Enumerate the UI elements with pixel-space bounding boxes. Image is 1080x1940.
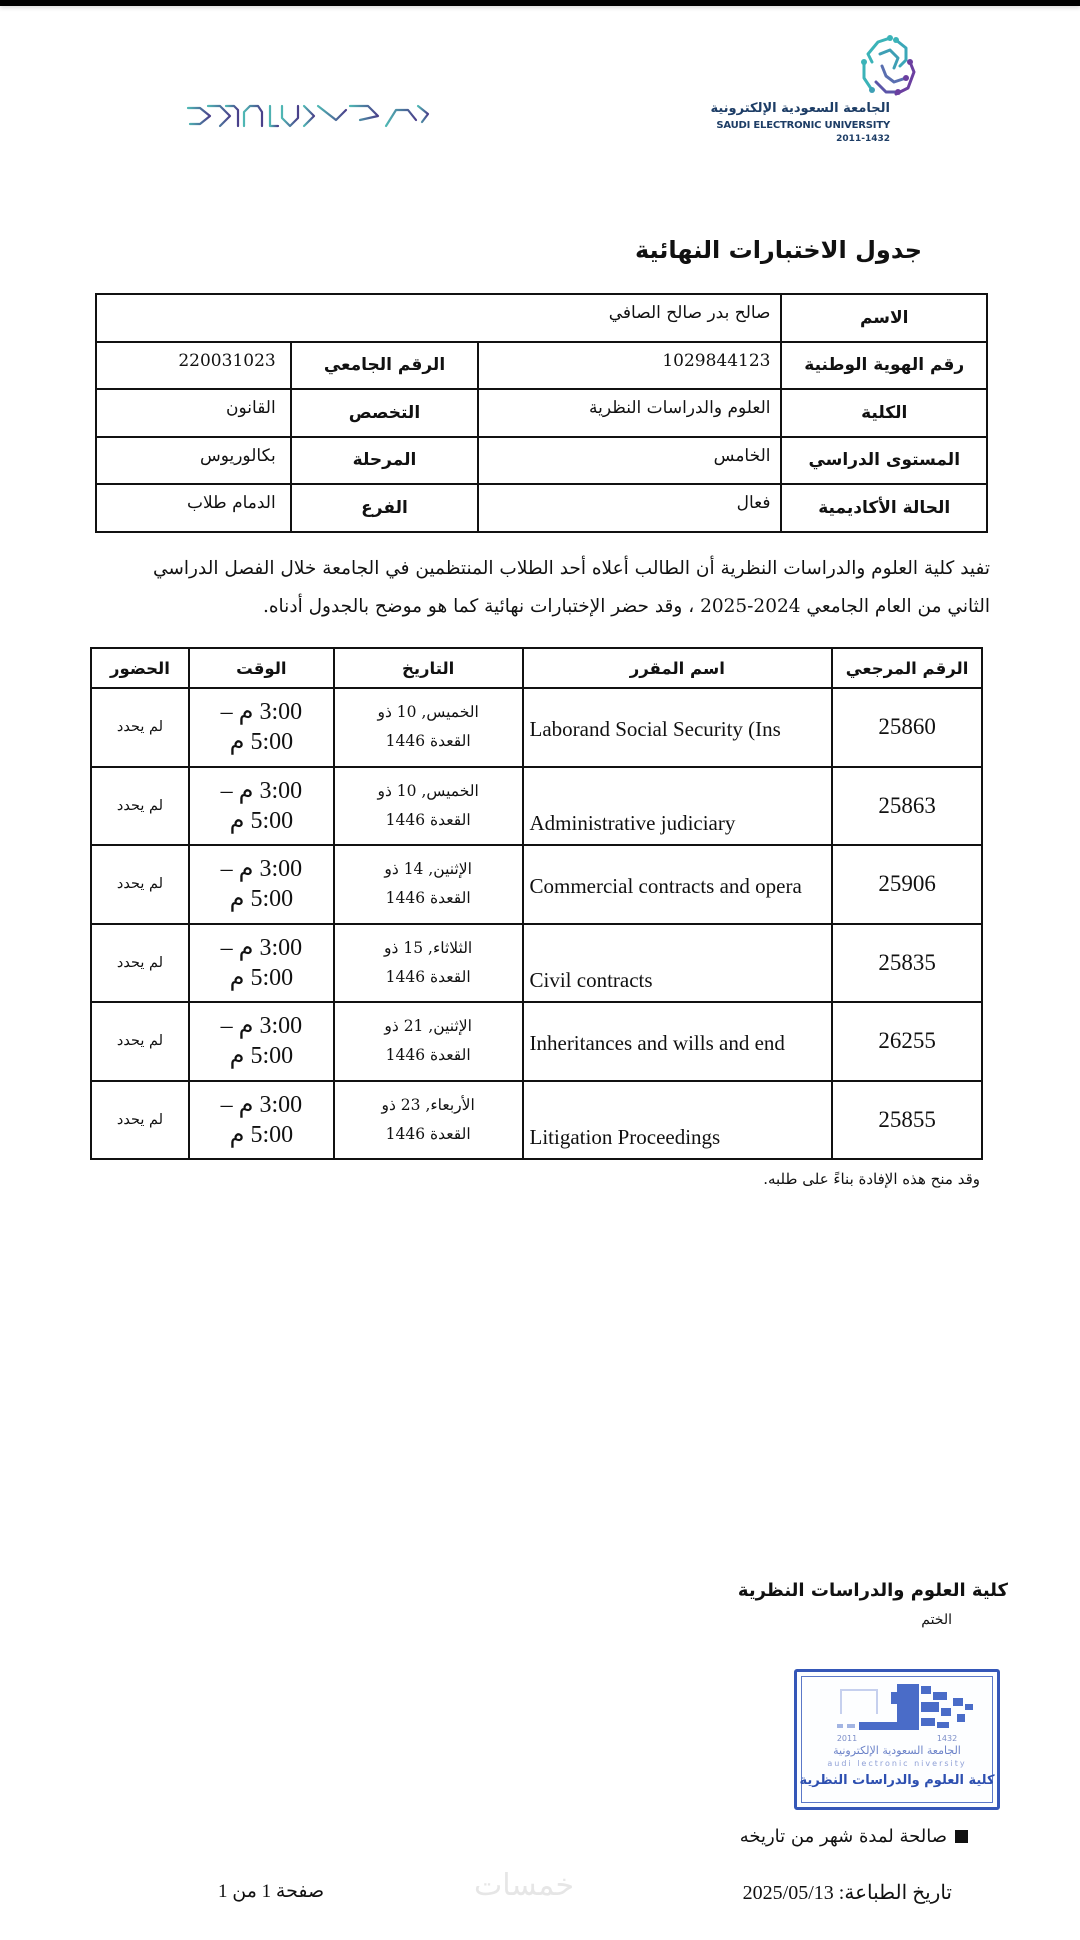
course-name: Administrative judiciary [523, 767, 833, 846]
time-start: 3:00 م – [190, 933, 333, 963]
label-university-id: الرقم الجامعي [291, 342, 479, 390]
circuit-logo-icon [850, 32, 922, 100]
exam-date: الثلاثاء, 15 ذوالقعدة 1446 [334, 924, 523, 1003]
exam-date: الخميس, 10 ذوالقعدة 1446 [334, 688, 523, 767]
print-date-value: 2025/05/13 [743, 1882, 834, 1904]
student-info-table: الاسم صالح بدر صالح الصافي رقم الهوية ال… [95, 293, 988, 533]
validity-notice: صالحة لمدة شهر من تاريخه [740, 1826, 968, 1847]
issuance-note: وقد منح هذه الإفادة بناءً على طلبه. [763, 1170, 980, 1188]
document-title: جدول الاختبارات النهائية [635, 236, 922, 264]
page-number: صفحة 1 من 1 [218, 1880, 324, 1903]
time-end: 5:00 م [190, 884, 333, 914]
value-level: الخامس [478, 437, 781, 485]
university-logo: الجامعة السعودية الإلكترونية SAUDI ELECT… [710, 28, 930, 148]
exam-time: 3:00 م –5:00 م [189, 767, 334, 846]
exam-date: الإثنين, 21 ذوالقعدة 1446 [334, 1002, 523, 1081]
time-start: 3:00 م – [190, 1090, 333, 1120]
attendance-status: لم يحدد [91, 1002, 189, 1081]
table-header-row: الرقم المرجعي اسم المقرر التاريخ الوقت ا… [91, 648, 982, 688]
stamp-year-hijri: 1432 [937, 1734, 957, 1743]
table-row: 25835 Civil contracts الثلاثاء, 15 ذوالق… [91, 924, 982, 1003]
university-name-en: SAUDI ELECTRONIC UNIVERSITY [716, 120, 890, 131]
attendance-status: لم يحدد [91, 924, 189, 1003]
table-row: 25863 Administrative judiciary الخميس, 1… [91, 767, 982, 846]
statement-line-1: تفيد كلية العلوم والدراسات النظرية أن ال… [90, 550, 990, 588]
official-stamp: 2011 1432 الجامعة السعودية الإلكترونية a… [794, 1669, 1000, 1810]
college-signature-name: كلية العلوم والدراسات النظرية [738, 1580, 1008, 1601]
header-date: التاريخ [334, 648, 523, 688]
info-row-college: الكلية العلوم والدراسات النظرية التخصص ا… [96, 389, 987, 437]
bullet-square-icon [955, 1830, 968, 1843]
stamp-university-ar: الجامعة السعودية الإلكترونية [797, 1744, 997, 1757]
date-month-year: القعدة 1446 [335, 1041, 522, 1070]
time-start: 3:00 م – [190, 1011, 333, 1041]
value-national-id: 1029844123 [478, 342, 781, 390]
date-month-year: القعدة 1446 [335, 727, 522, 756]
watermark-logo: خمسات [474, 1868, 574, 1903]
info-row-level: المستوى الدراسي الخامس المرحلة بكالوريوس [96, 437, 987, 485]
course-name: Commercial contracts and opera [523, 845, 833, 924]
ref-number: 25906 [832, 845, 982, 924]
validity-text: صالحة لمدة شهر من تاريخه [740, 1826, 947, 1847]
time-start: 3:00 م – [190, 697, 333, 727]
date-month-year: القعدة 1446 [335, 963, 522, 992]
stamp-label: الختم [921, 1612, 952, 1628]
date-month-year: القعدة 1446 [335, 806, 522, 835]
time-end: 5:00 م [190, 1120, 333, 1150]
stamp-college-name: كلية العلوم والدراسات النظرية [797, 1773, 997, 1788]
label-major: التخصص [291, 389, 479, 437]
exam-time: 3:00 م –5:00 م [189, 688, 334, 767]
course-name: Litigation Proceedings [523, 1081, 833, 1160]
attendance-status: لم يحدد [91, 845, 189, 924]
label-level: المستوى الدراسي [781, 437, 987, 485]
time-start: 3:00 م – [190, 854, 333, 884]
exam-time: 3:00 م –5:00 م [189, 845, 334, 924]
info-row-status: الحالة الأكاديمية فعال الفرع الدمام طلاب [96, 484, 987, 532]
print-date-label: تاريخ الطباعة: [839, 1882, 952, 1904]
time-end: 5:00 م [190, 727, 333, 757]
date-day: الإثنين, 21 ذو [335, 1012, 522, 1041]
table-row: 25860 Laborand Social Security (Ins الخم… [91, 688, 982, 767]
university-years: 2011-1432 [836, 134, 890, 144]
value-branch: الدمام طلاب [96, 484, 291, 532]
ref-number: 25835 [832, 924, 982, 1003]
exam-time: 3:00 م –5:00 م [189, 1002, 334, 1081]
ref-number: 26255 [832, 1002, 982, 1081]
ref-number: 25860 [832, 688, 982, 767]
value-stage: بكالوريوس [96, 437, 291, 485]
label-branch: الفرع [291, 484, 479, 532]
date-day: الإثنين, 14 ذو [335, 855, 522, 884]
header-attendance: الحضور [91, 648, 189, 688]
stamp-year-gregorian: 2011 [837, 1734, 857, 1743]
info-row-name: الاسم صالح بدر صالح الصافي [96, 294, 987, 342]
exam-schedule-table: الرقم المرجعي اسم المقرر التاريخ الوقت ا… [90, 647, 983, 1160]
label-academic-status: الحالة الأكاديمية [781, 484, 987, 532]
value-major: القانون [96, 389, 291, 437]
exam-date: الإثنين, 14 ذوالقعدة 1446 [334, 845, 523, 924]
label-stage: المرحلة [291, 437, 479, 485]
date-day: الأربعاء, 23 ذو [335, 1091, 522, 1120]
label-college: الكلية [781, 389, 987, 437]
exam-time: 3:00 م –5:00 م [189, 924, 334, 1003]
university-name-ar: الجامعة السعودية الإلكترونية [710, 101, 890, 116]
label-name: الاسم [781, 294, 987, 342]
course-name: Civil contracts [523, 924, 833, 1003]
exam-time: 3:00 م –5:00 م [189, 1081, 334, 1160]
value-college: العلوم والدراسات النظرية [478, 389, 781, 437]
attendance-status: لم يحدد [91, 688, 189, 767]
date-day: الخميس, 10 ذو [335, 777, 522, 806]
date-month-year: القعدة 1446 [335, 1120, 522, 1149]
table-row: 26255 Inheritances and wills and end الإ… [91, 1002, 982, 1081]
header-course: اسم المقرر [523, 648, 833, 688]
circuit-pattern-icon [186, 100, 442, 132]
stamp-logo-icon [837, 1678, 977, 1736]
table-row: 25906 Commercial contracts and opera الإ… [91, 845, 982, 924]
exam-date: الأربعاء, 23 ذوالقعدة 1446 [334, 1081, 523, 1160]
stamp-years: 2011 1432 [797, 1734, 997, 1743]
value-university-id: 220031023 [96, 342, 291, 390]
ref-number: 25863 [832, 767, 982, 846]
attendance-status: لم يحدد [91, 1081, 189, 1160]
value-academic-status: فعال [478, 484, 781, 532]
date-month-year: القعدة 1446 [335, 884, 522, 913]
time-start: 3:00 م – [190, 776, 333, 806]
statement-line-2: الثاني من العام الجامعي 2024-2025 ، وقد … [90, 588, 990, 626]
label-national-id: رقم الهوية الوطنية [781, 342, 987, 390]
time-end: 5:00 م [190, 806, 333, 836]
statement-paragraph: تفيد كلية العلوم والدراسات النظرية أن ال… [90, 550, 990, 626]
header-ref: الرقم المرجعي [832, 648, 982, 688]
table-row: 25855 Litigation Proceedings الأربعاء, 2… [91, 1081, 982, 1160]
date-day: الخميس, 10 ذو [335, 698, 522, 727]
stamp-university-en: audi lectronic niversity [797, 1759, 997, 1768]
time-end: 5:00 م [190, 1041, 333, 1071]
exam-date: الخميس, 10 ذوالقعدة 1446 [334, 767, 523, 846]
value-name: صالح بدر صالح الصافي [96, 294, 781, 342]
print-date: تاريخ الطباعة: 2025/05/13 [743, 1880, 952, 1905]
top-border-bar [0, 0, 1080, 6]
ref-number: 25855 [832, 1081, 982, 1160]
info-row-id: رقم الهوية الوطنية 1029844123 الرقم الجا… [96, 342, 987, 390]
date-day: الثلاثاء, 15 ذو [335, 934, 522, 963]
course-name: Inheritances and wills and end [523, 1002, 833, 1081]
time-end: 5:00 م [190, 963, 333, 993]
attendance-status: لم يحدد [91, 767, 189, 846]
header-time: الوقت [189, 648, 334, 688]
course-name: Laborand Social Security (Ins [523, 688, 833, 767]
